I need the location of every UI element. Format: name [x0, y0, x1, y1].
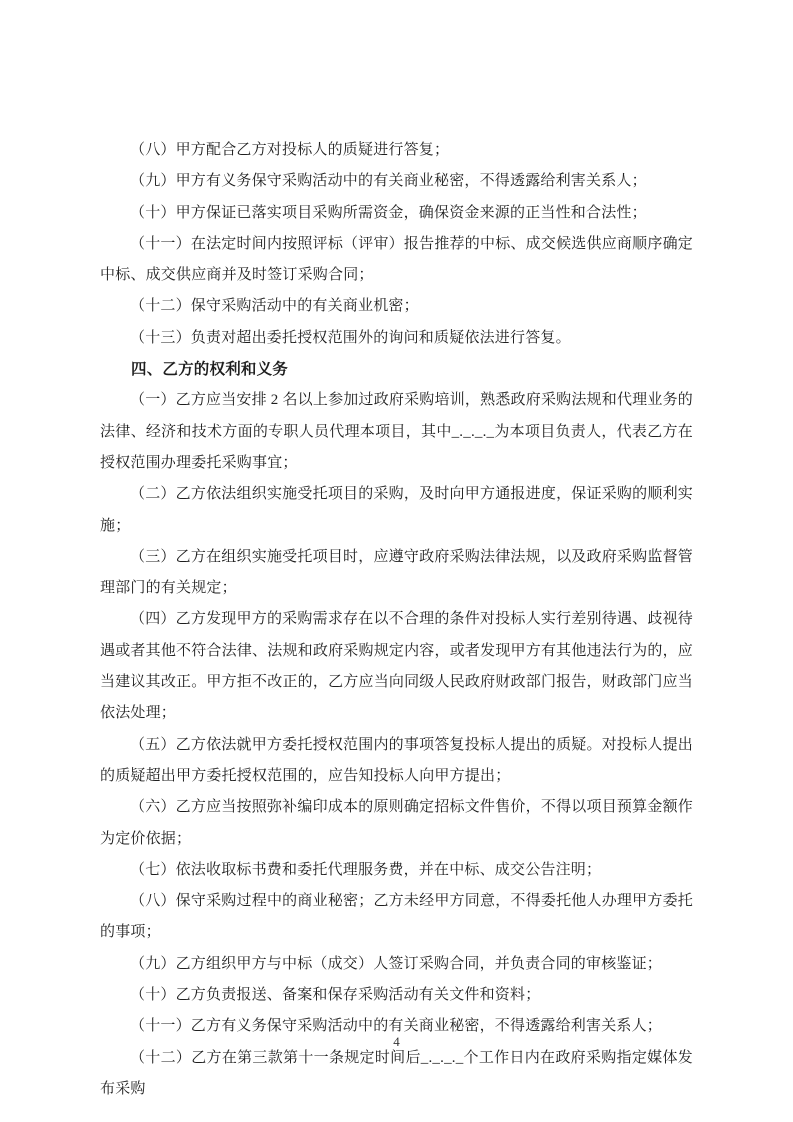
clause-paragraph: （八）甲方配合乙方对投标人的质疑进行答复； — [100, 135, 693, 166]
clause-paragraph: （六）乙方应当按照弥补编印成本的原则确定招标文件售价，不得以项目预算金额作为定价… — [100, 792, 693, 855]
document-page: （八）甲方配合乙方对投标人的质疑进行答复；（九）甲方有义务保守采购活动中的有关商… — [0, 0, 793, 1122]
clause-paragraph: （十一）在法定时间内按照评标（评审）报告推荐的中标、成交候选供应商顺序确定中标、… — [100, 229, 693, 292]
page-number: 4 — [393, 1034, 400, 1049]
clause-paragraph: （九）乙方组织甲方与中标（成交）人签订采购合同，并负责合同的审核鉴证； — [100, 949, 693, 980]
clause-paragraph: （十二）保守采购活动中的有关商业机密； — [100, 291, 693, 322]
section-heading: 四、乙方的权利和义务 — [100, 354, 693, 385]
page-footer: 4 — [0, 1032, 793, 1052]
clause-paragraph: （三）乙方在组织实施受托项目时，应遵守政府采购法律法规，以及政府采购监督管理部门… — [100, 542, 693, 605]
clause-paragraph: （十三）负责对超出委托授权范围外的询问和质疑依法进行答复。 — [100, 323, 693, 354]
clause-paragraph: （七）依法收取标书费和委托代理服务费，并在中标、成交公告注明； — [100, 855, 693, 886]
document-body: （八）甲方配合乙方对投标人的质疑进行答复；（九）甲方有义务保守采购活动中的有关商… — [100, 135, 693, 1105]
clause-paragraph: （五）乙方依法就甲方委托授权范围内的事项答复投标人提出的质疑。对投标人提出的质疑… — [100, 730, 693, 793]
clause-paragraph: （一）乙方应当安排 2 名以上参加过政府采购培训，熟悉政府采购法规和代理业务的法… — [100, 385, 693, 479]
clause-paragraph: （十）甲方保证已落实项目采购所需资金，确保资金来源的正当性和合法性； — [100, 198, 693, 229]
clause-paragraph: （八）保守采购过程中的商业秘密；乙方未经甲方同意，不得委托他人办理甲方委托的事项… — [100, 886, 693, 949]
clause-paragraph: （十）乙方负责报送、备案和保存采购活动有关文件和资料； — [100, 980, 693, 1011]
clause-paragraph: （九）甲方有义务保守采购活动中的有关商业秘密，不得透露给利害关系人； — [100, 166, 693, 197]
clause-paragraph: （四）乙方发现甲方的采购需求存在以不合理的条件对投标人实行差别待遇、歧视待遇或者… — [100, 604, 693, 729]
clause-paragraph: （二）乙方依法组织实施受托项目的采购，及时向甲方通报进度，保证采购的顺利实施； — [100, 479, 693, 542]
